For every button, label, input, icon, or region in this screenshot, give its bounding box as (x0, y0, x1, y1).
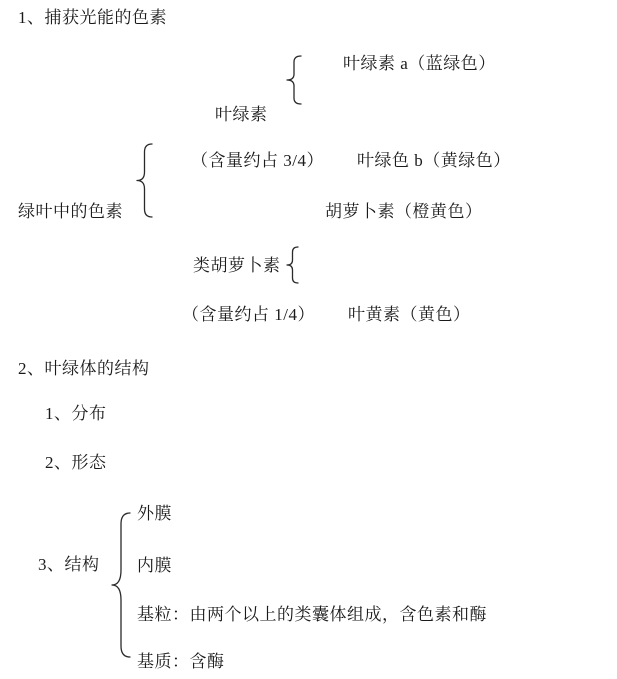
chlorophyll-b-label: 叶绿色 b（黄绿色） (357, 151, 511, 171)
xanthophyll-label: 叶黄素（黄色） (348, 305, 471, 325)
sub-item-distribution: 1、分布 (45, 404, 107, 424)
structure-grana: 基粒：由两个以上的类囊体组成，含色素和酶 (137, 605, 487, 625)
notes-page: 1、捕获光能的色素 叶绿素 a（蓝绿色） 叶绿素 （含量约占 3/4） 叶绿色 … (0, 0, 617, 679)
chlorophyll-a-label: 叶绿素 a（蓝绿色） (343, 54, 496, 74)
structure-outer-membrane: 外膜 (137, 504, 172, 524)
sub-item-morphology: 2、形态 (45, 453, 107, 473)
chlorophyll-content-note: （含量约占 3/4） (191, 151, 324, 171)
section2-title: 2、叶绿体的结构 (18, 359, 150, 379)
carotenoid-brace-icon (286, 246, 300, 284)
carotenoid-group-label: 类胡萝卜素 (193, 256, 281, 276)
chlorophyll-brace-icon (286, 55, 304, 105)
root-brace-icon (136, 143, 154, 218)
structure-inner-membrane: 内膜 (137, 556, 172, 576)
carotenoid-content-note: （含量约占 1/4） (182, 305, 315, 325)
sub-item-structure: 3、结构 (38, 555, 100, 575)
pigment-root-label: 绿叶中的色素 (18, 202, 123, 222)
chlorophyll-group-label: 叶绿素 (215, 105, 268, 125)
structure-brace-icon (111, 512, 133, 658)
carotene-label: 胡萝卜素（橙黄色） (325, 202, 483, 222)
structure-stroma: 基质：含酶 (137, 652, 225, 672)
section1-title: 1、捕获光能的色素 (18, 8, 167, 28)
